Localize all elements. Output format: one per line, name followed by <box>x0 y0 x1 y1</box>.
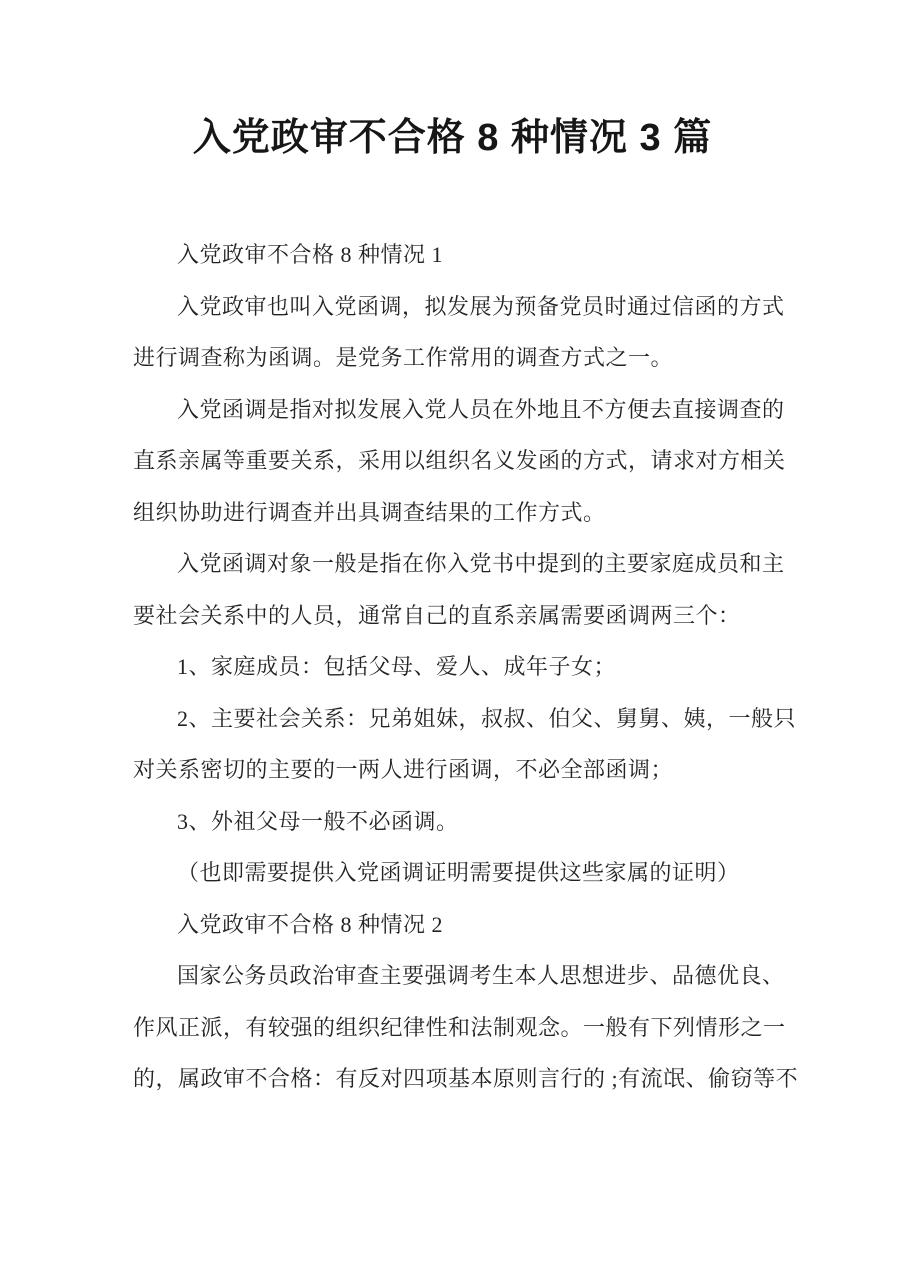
text-line: 入党函调是指对拟发展入党人员在外地且不方便去直接调查的 <box>133 384 813 436</box>
text-line: （也即需要提供入党函调证明需要提供这些家属的证明） <box>133 847 813 899</box>
text-line: 入党政审也叫入党函调，拟发展为预备党员时通过信函的方式 <box>133 281 813 333</box>
text-line: 进行调查称为函调。是党务工作常用的调查方式之一。 <box>133 332 813 384</box>
text-line: 入党政审不合格 8 种情况 1 <box>133 229 813 281</box>
text-line: 1、家庭成员：包括父母、爱人、成年子女； <box>133 641 813 693</box>
text-line: 的，属政审不合格：有反对四项基本原则言行的 ;有流氓、偷窃等不 <box>133 1053 813 1105</box>
text-line: 2、主要社会关系：兄弟姐妹，叔叔、伯父、舅舅、姨，一般只 <box>133 693 813 745</box>
text-line: 对关系密切的主要的一两人进行函调，不必全部函调； <box>133 744 813 796</box>
document-page: 入党政审不合格 8 种情况 3 篇 入党政审不合格 8 种情况 1入党政审也叫入… <box>0 0 905 1280</box>
text-line: 入党政审不合格 8 种情况 2 <box>133 899 813 951</box>
document-body: 入党政审不合格 8 种情况 1入党政审也叫入党函调，拟发展为预备党员时通过信函的… <box>133 229 813 1105</box>
text-line: 3、外祖父母一般不必函调。 <box>133 796 813 848</box>
text-line: 作风正派，有较强的组织纪律性和法制观念。一般有下列情形之一 <box>133 1002 813 1054</box>
text-line: 组织协助进行调查并出具调查结果的工作方式。 <box>133 487 813 539</box>
document-title: 入党政审不合格 8 种情况 3 篇 <box>0 108 905 168</box>
text-line: 直系亲属等重要关系，采用以组织名义发函的方式，请求对方相关 <box>133 435 813 487</box>
text-line: 入党函调对象一般是指在你入党书中提到的主要家庭成员和主 <box>133 538 813 590</box>
text-line: 国家公务员政治审查主要强调考生本人思想进步、品德优良、 <box>133 950 813 1002</box>
text-line: 要社会关系中的人员，通常自己的直系亲属需要函调两三个： <box>133 590 813 642</box>
